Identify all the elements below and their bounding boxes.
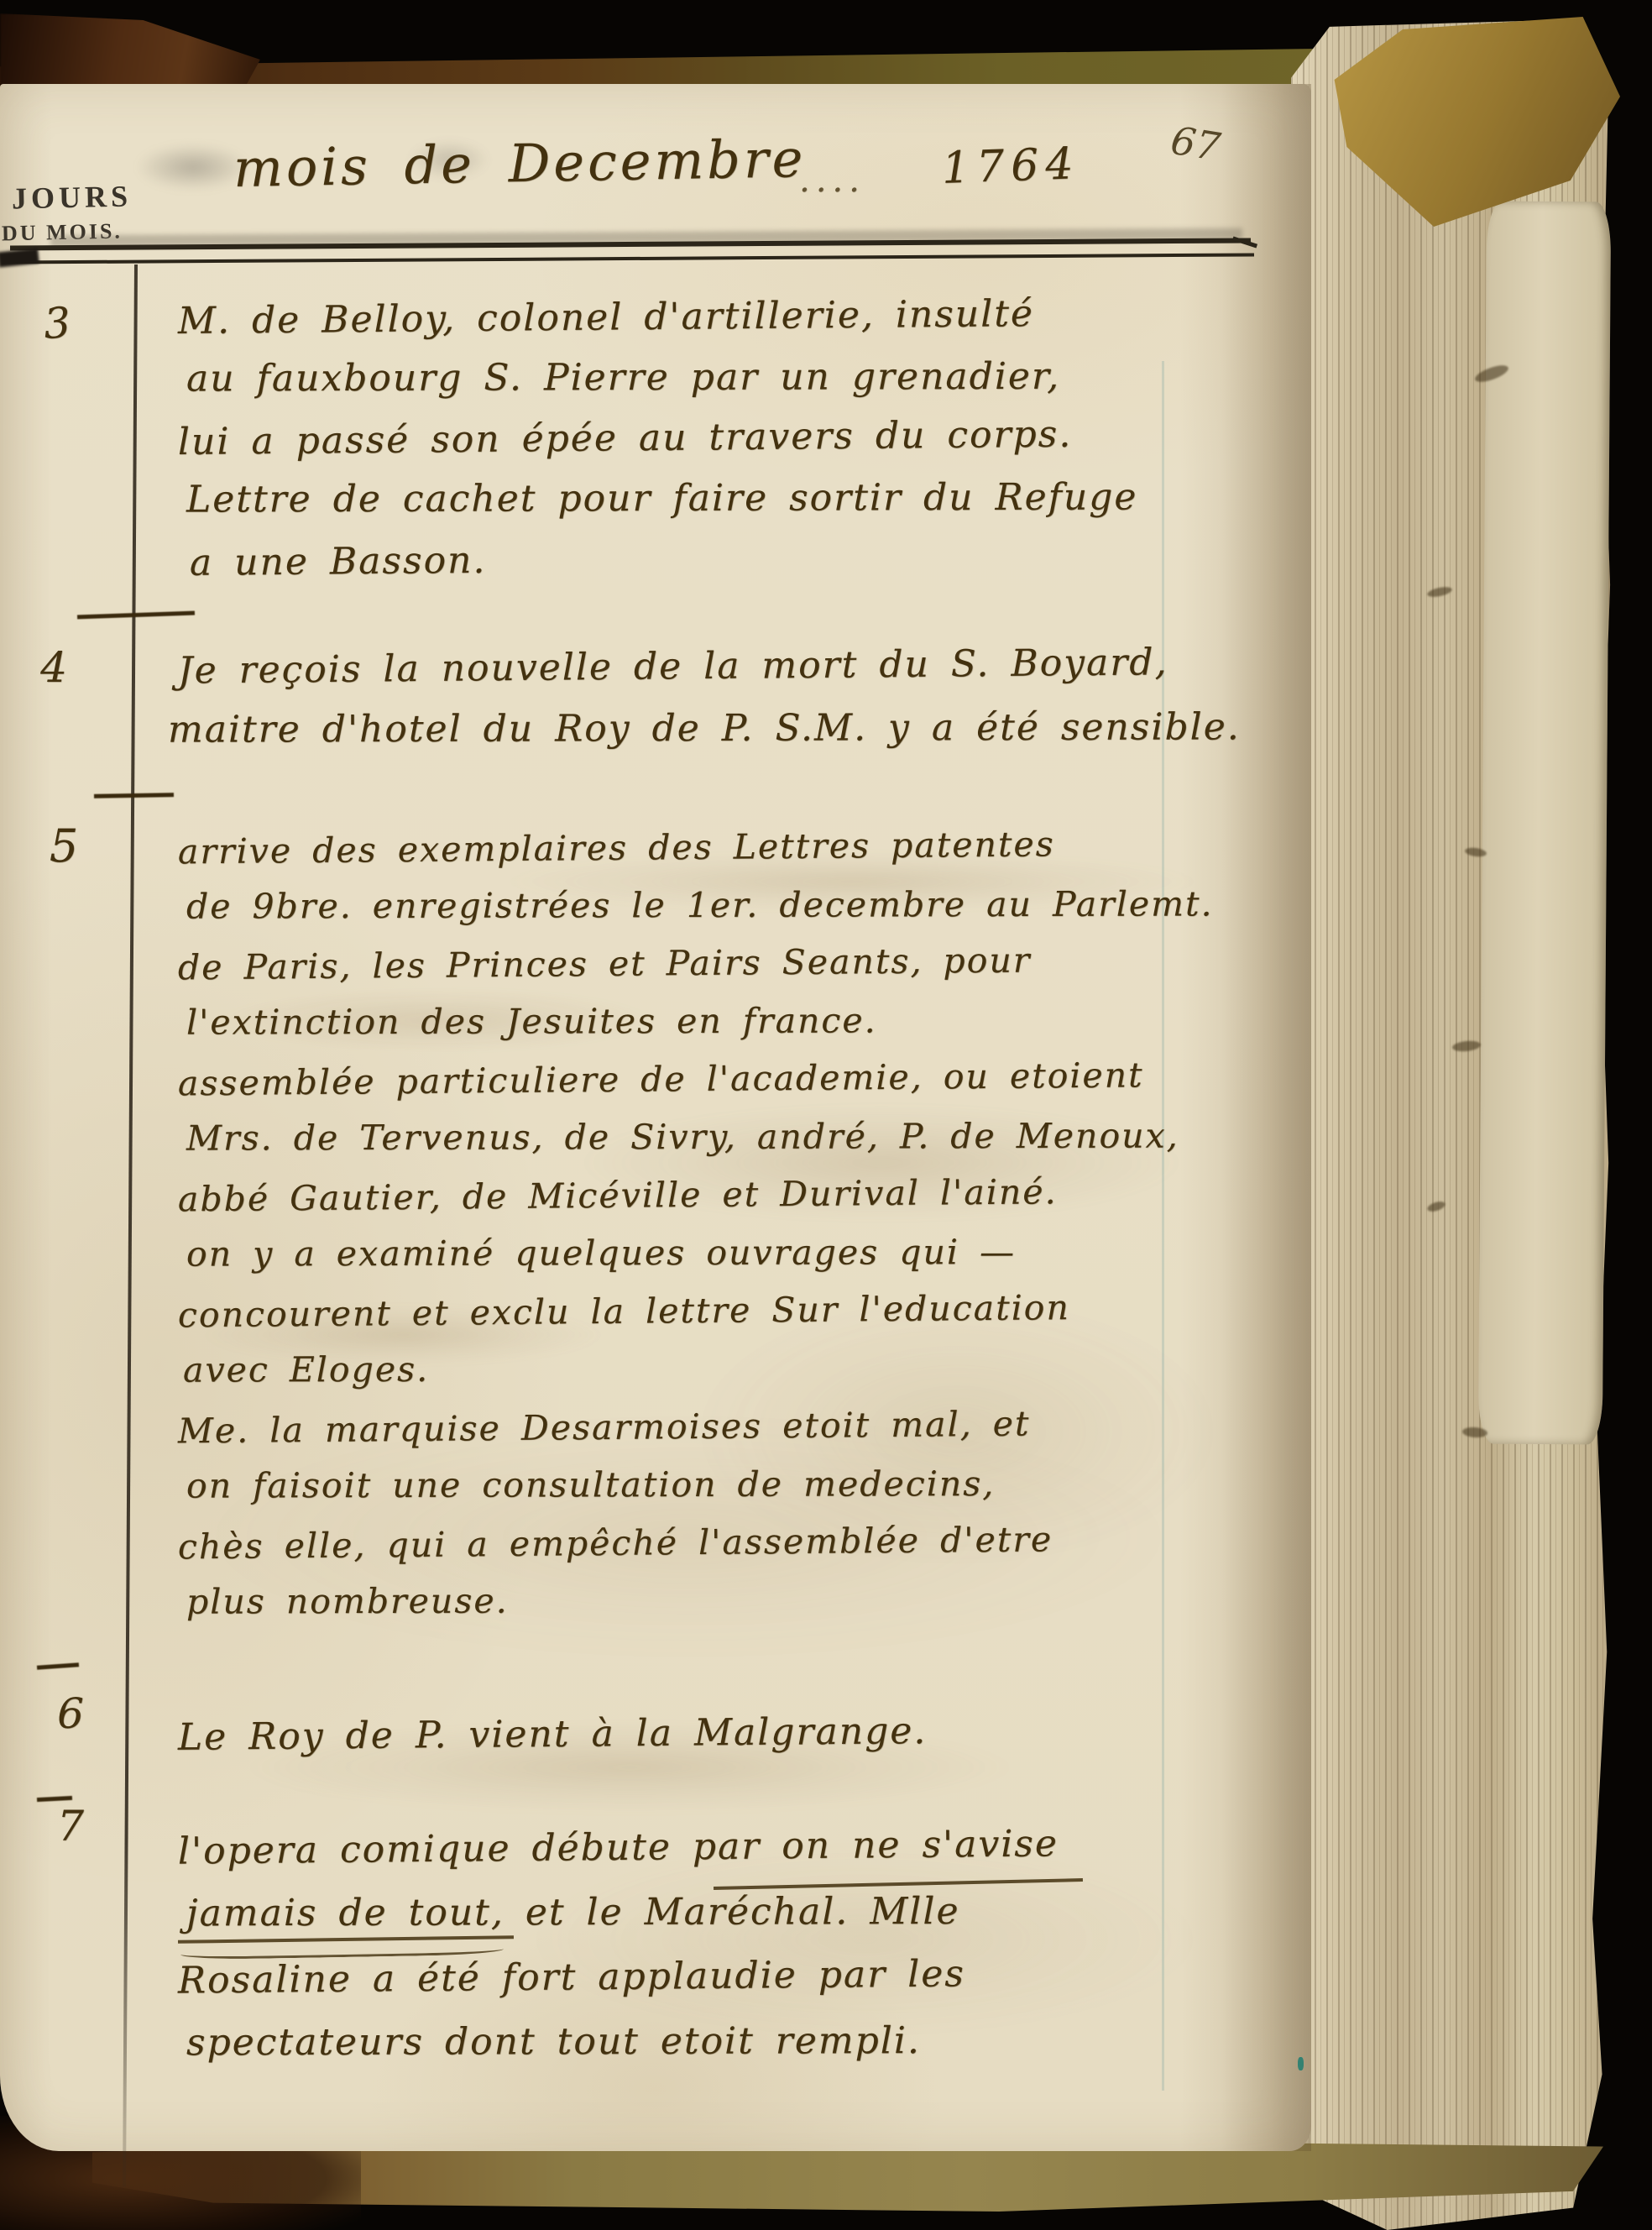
day-number: 6 <box>37 1689 104 1738</box>
entry-line: maitre d'hotel du Roy de P. S.M. y a été… <box>168 705 1241 770</box>
header-dots: .... <box>799 161 865 200</box>
entry-separator-tick <box>77 611 195 620</box>
entry-separator-tick <box>37 1662 79 1669</box>
entry-line: plus nombreuse. <box>186 1578 1214 1639</box>
entry-line: a une Basson. <box>190 533 1138 602</box>
day-number: 3 <box>22 296 92 349</box>
entry-line: Je reçois la nouvelle de la mort du S. B… <box>178 640 1241 711</box>
manuscript-scan: JOURS DU MOIS. mois de Decembre .... 176… <box>0 0 1652 2230</box>
entry-line: M. de Belloy, colonel d'artillerie, insu… <box>178 291 1138 360</box>
entry-day-5: arrive des exemplaires des Lettres paten… <box>178 827 1214 1638</box>
entry-line: chès elle, qui a empêché l'assemblée d'e… <box>178 1518 1214 1585</box>
entry-line: Le Roy de P. vient à la Malgrange. <box>178 1709 928 1777</box>
entry-line: l'extinction des Jesuites en france. <box>186 999 1214 1060</box>
entry-line: on faisoit une consultation de medecins, <box>186 1463 1214 1523</box>
day-number: 7 <box>37 1802 104 1850</box>
entry-day-3: M. de Belloy, colonel d'artillerie, insu… <box>178 296 1137 598</box>
entry-line: avec Eloges. <box>183 1347 1214 1407</box>
day-number: 5 <box>30 819 97 872</box>
fore-edge-outer-page <box>1478 202 1611 1445</box>
teal-ink-speck <box>1298 2057 1304 2070</box>
entry-line: Lettre de cachet pour faire sortir du Re… <box>186 476 1138 539</box>
entry-line: Rosaline a été fort applaudie par les <box>178 1951 1059 2023</box>
entry-line: spectateurs dont tout etoit rempli. <box>186 2019 1059 2086</box>
entry-separator-tick <box>94 793 174 798</box>
entry-line: Mrs. de Tervenus, de Sivry, andré, P. de… <box>186 1115 1214 1175</box>
entry-line: abbé Gautier, de Micéville et Durival l'… <box>178 1170 1214 1238</box>
header-rule-bottom <box>8 253 1254 264</box>
entry-line: arrive des exemplaires des Lettres paten… <box>178 823 1214 890</box>
entry-line: assemblée particuliere de l'academie, ou… <box>178 1055 1214 1122</box>
month-title-script: mois de Decembre <box>233 128 806 199</box>
entry-line: lui a passé son épée au travers du corps… <box>178 412 1138 481</box>
gutter-fold-shadow <box>1221 84 1311 2151</box>
entry-line: on y a examiné quelques ouvrages qui — <box>186 1231 1214 1291</box>
entry-line: Me. la marquise Desarmoises etoit mal, e… <box>178 1402 1214 1469</box>
year-script: 1764 <box>941 139 1080 194</box>
entry-day-6: Le Roy de P. vient à la Malgrange. <box>178 1713 927 1773</box>
journal-page: JOURS DU MOIS. mois de Decembre .... 176… <box>0 84 1311 2151</box>
entry-line: au fauxbourg S. Pierre par un grenadier, <box>186 355 1138 418</box>
folio-number: 67 <box>1168 118 1223 170</box>
entry-line: de Paris, les Princes et Pairs Seants, p… <box>178 939 1214 1006</box>
day-number: 4 <box>20 643 87 692</box>
header-rule-smear <box>0 249 39 268</box>
entry-line: concourent et exclu la lettre Sur l'educ… <box>178 1286 1214 1353</box>
day-column-rule <box>123 264 137 2187</box>
entry-line: de 9bre. enregistrées le 1er. decembre a… <box>186 883 1214 944</box>
entry-day-4: Je reçois la nouvelle de la mort du S. B… <box>178 645 1241 769</box>
printed-label-jours: JOURS <box>12 179 133 217</box>
